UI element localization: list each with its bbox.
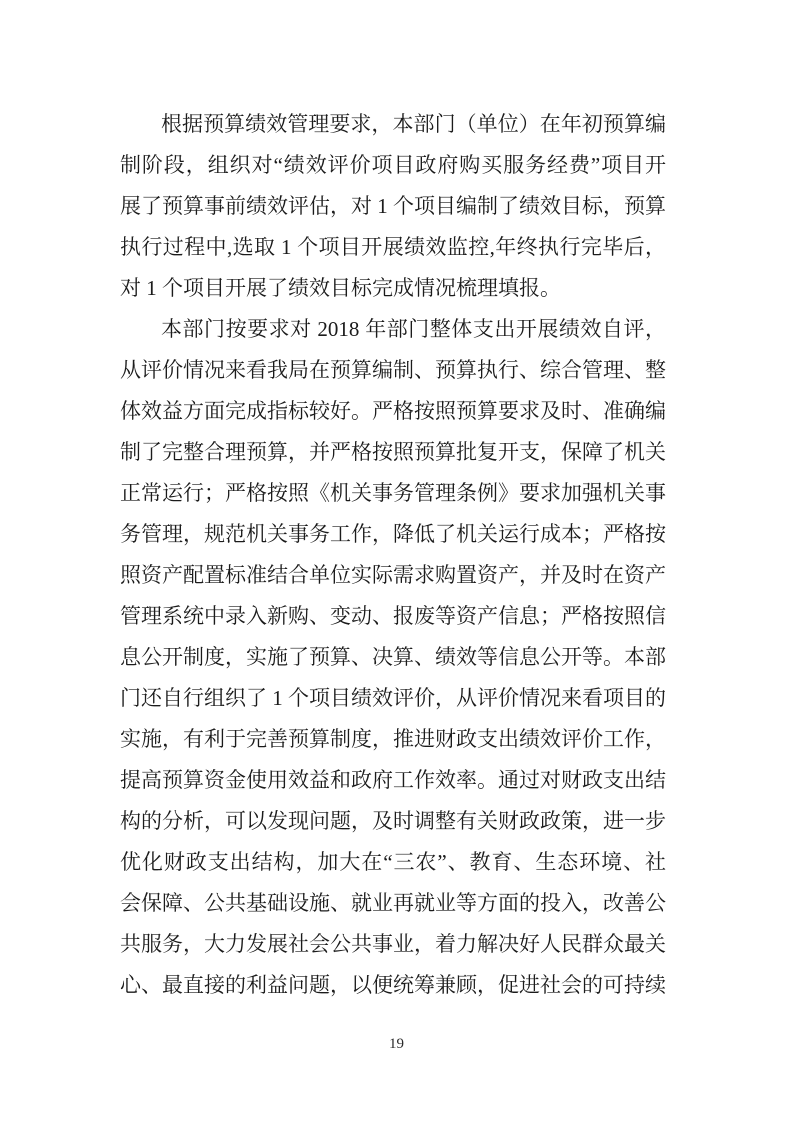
text-line: 从评价情况来看我局在预算编制、预算执行、综合管理、整 — [120, 350, 666, 391]
text-line: 照资产配置标准结合单位实际需求购置资产，并及时在资产 — [120, 555, 666, 596]
text-line: 提高预算资金使用效益和政府工作效率。通过对财政支出结 — [120, 760, 666, 801]
document-page: 根据预算绩效管理要求，本部门（单位）在年初预算编 制阶段，组织对“绩效评价项目政… — [0, 0, 793, 1122]
text-line: 务管理，规范机关事务工作，降低了机关运行成本；严格按 — [120, 514, 666, 555]
body-paragraph-1: 根据预算绩效管理要求，本部门（单位）在年初预算编 制阶段，组织对“绩效评价项目政… — [120, 104, 666, 309]
text-line: 优化财政支出结构，加大在“三农”、教育、生态环境、社 — [120, 842, 666, 883]
text-line: 展了预算事前绩效评估，对 1 个项目编制了绩效目标，预算 — [120, 186, 666, 227]
text-line: 体效益方面完成指标较好。严格按照预算要求及时、准确编 — [120, 391, 666, 432]
text-line: 会保障、公共基础设施、就业再就业等方面的投入，改善公 — [120, 883, 666, 924]
text-line: 对 1 个项目开展了绩效目标完成情况梳理填报。 — [120, 268, 666, 309]
page-body-text: 根据预算绩效管理要求，本部门（单位）在年初预算编 制阶段，组织对“绩效评价项目政… — [120, 104, 666, 1006]
text-line: 制阶段，组织对“绩效评价项目政府购买服务经费”项目开 — [120, 145, 666, 186]
page-number: 19 — [0, 1034, 793, 1054]
text-line: 本部门按要求对 2018 年部门整体支出开展绩效自评， — [120, 309, 666, 350]
text-line: 根据预算绩效管理要求，本部门（单位）在年初预算编 — [120, 104, 666, 145]
body-paragraph-2: 本部门按要求对 2018 年部门整体支出开展绩效自评， 从评价情况来看我局在预算… — [120, 309, 666, 1006]
text-line: 构的分析，可以发现问题，及时调整有关财政政策，进一步 — [120, 801, 666, 842]
text-line: 实施，有利于完善预算制度，推进财政支出绩效评价工作， — [120, 719, 666, 760]
text-line: 息公开制度，实施了预算、决算、绩效等信息公开等。本部 — [120, 637, 666, 678]
text-line: 正常运行；严格按照《机关事务管理条例》要求加强机关事 — [120, 473, 666, 514]
text-line: 管理系统中录入新购、变动、报废等资产信息；严格按照信 — [120, 596, 666, 637]
text-line: 共服务，大力发展社会公共事业，着力解决好人民群众最关 — [120, 924, 666, 965]
text-line: 执行过程中,选取 1 个项目开展绩效监控,年终执行完毕后， — [120, 227, 666, 268]
text-line: 制了完整合理预算，并严格按照预算批复开支，保障了机关 — [120, 432, 666, 473]
text-line: 门还自行组织了 1 个项目绩效评价，从评价情况来看项目的 — [120, 678, 666, 719]
text-line: 心、最直接的利益问题，以便统筹兼顾，促进社会的可持续 — [120, 965, 666, 1006]
